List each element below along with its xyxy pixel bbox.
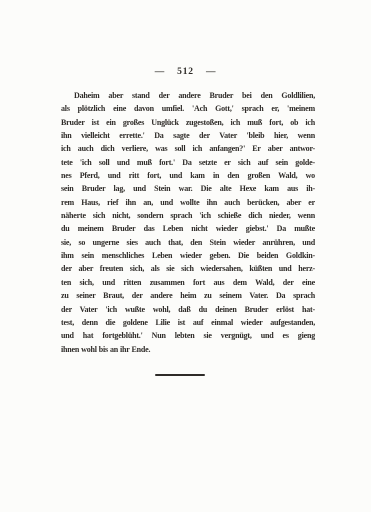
- story-text-line: näherte sich nicht, sondern sprach 'ich …: [61, 209, 315, 222]
- story-text-line: und hat fortgeblüht.' Nun lebten sie ver…: [61, 329, 315, 342]
- section-divider-rule: [155, 374, 205, 376]
- story-text-line: ich auch dich verliere, was soll ich anf…: [61, 142, 315, 155]
- story-text-line: der aber freuten sich, als sie sich wied…: [61, 262, 315, 275]
- story-text-line: ihnen wohl bis an ihr Ende.: [61, 343, 315, 356]
- story-text-line: ihn vielleicht errette.' Da sagte der Va…: [61, 129, 315, 142]
- story-text-line: als plötzlich eine davon umfiel. 'Ach Go…: [61, 102, 315, 115]
- book-page: — 512 — Daheim aber stand der andere Bru…: [0, 0, 371, 512]
- story-text-line: sie, so ungerne sies auch that, den Stei…: [61, 236, 315, 249]
- story-text-line: Daheim aber stand der andere Bruder bei …: [61, 89, 315, 102]
- story-text-line: sein Bruder lag, und Stein war. Die alte…: [61, 182, 315, 195]
- story-text-line: rem Haus, rief ihn an, und wollte ihn au…: [61, 196, 315, 209]
- story-text-line: Bruder ist ein großes Unglück zugestoßen…: [61, 116, 315, 129]
- story-text-line: ten sich, und ritten zusammen fort aus d…: [61, 276, 315, 289]
- story-text-line: du meinem Bruder das Leben nicht wieder …: [61, 222, 315, 235]
- story-text-line: der Vater 'ich wußte wohl, daß du deinen…: [61, 303, 315, 316]
- story-paragraph: Daheim aber stand der andere Bruder bei …: [61, 89, 315, 356]
- story-text-line: tete 'ich soll und muß fort.' Da setzte …: [61, 156, 315, 169]
- page-number-header: — 512 —: [0, 67, 371, 77]
- story-text-line: nes Pferd, und ritt fort, und kam in den…: [61, 169, 315, 182]
- story-text-line: zu seiner Braut, der andere heim zu sein…: [61, 289, 315, 302]
- story-text-line: ihm sein menschliches Leben wieder geben…: [61, 249, 315, 262]
- story-text-line: test, denn die goldene Lilie ist auf ein…: [61, 316, 315, 329]
